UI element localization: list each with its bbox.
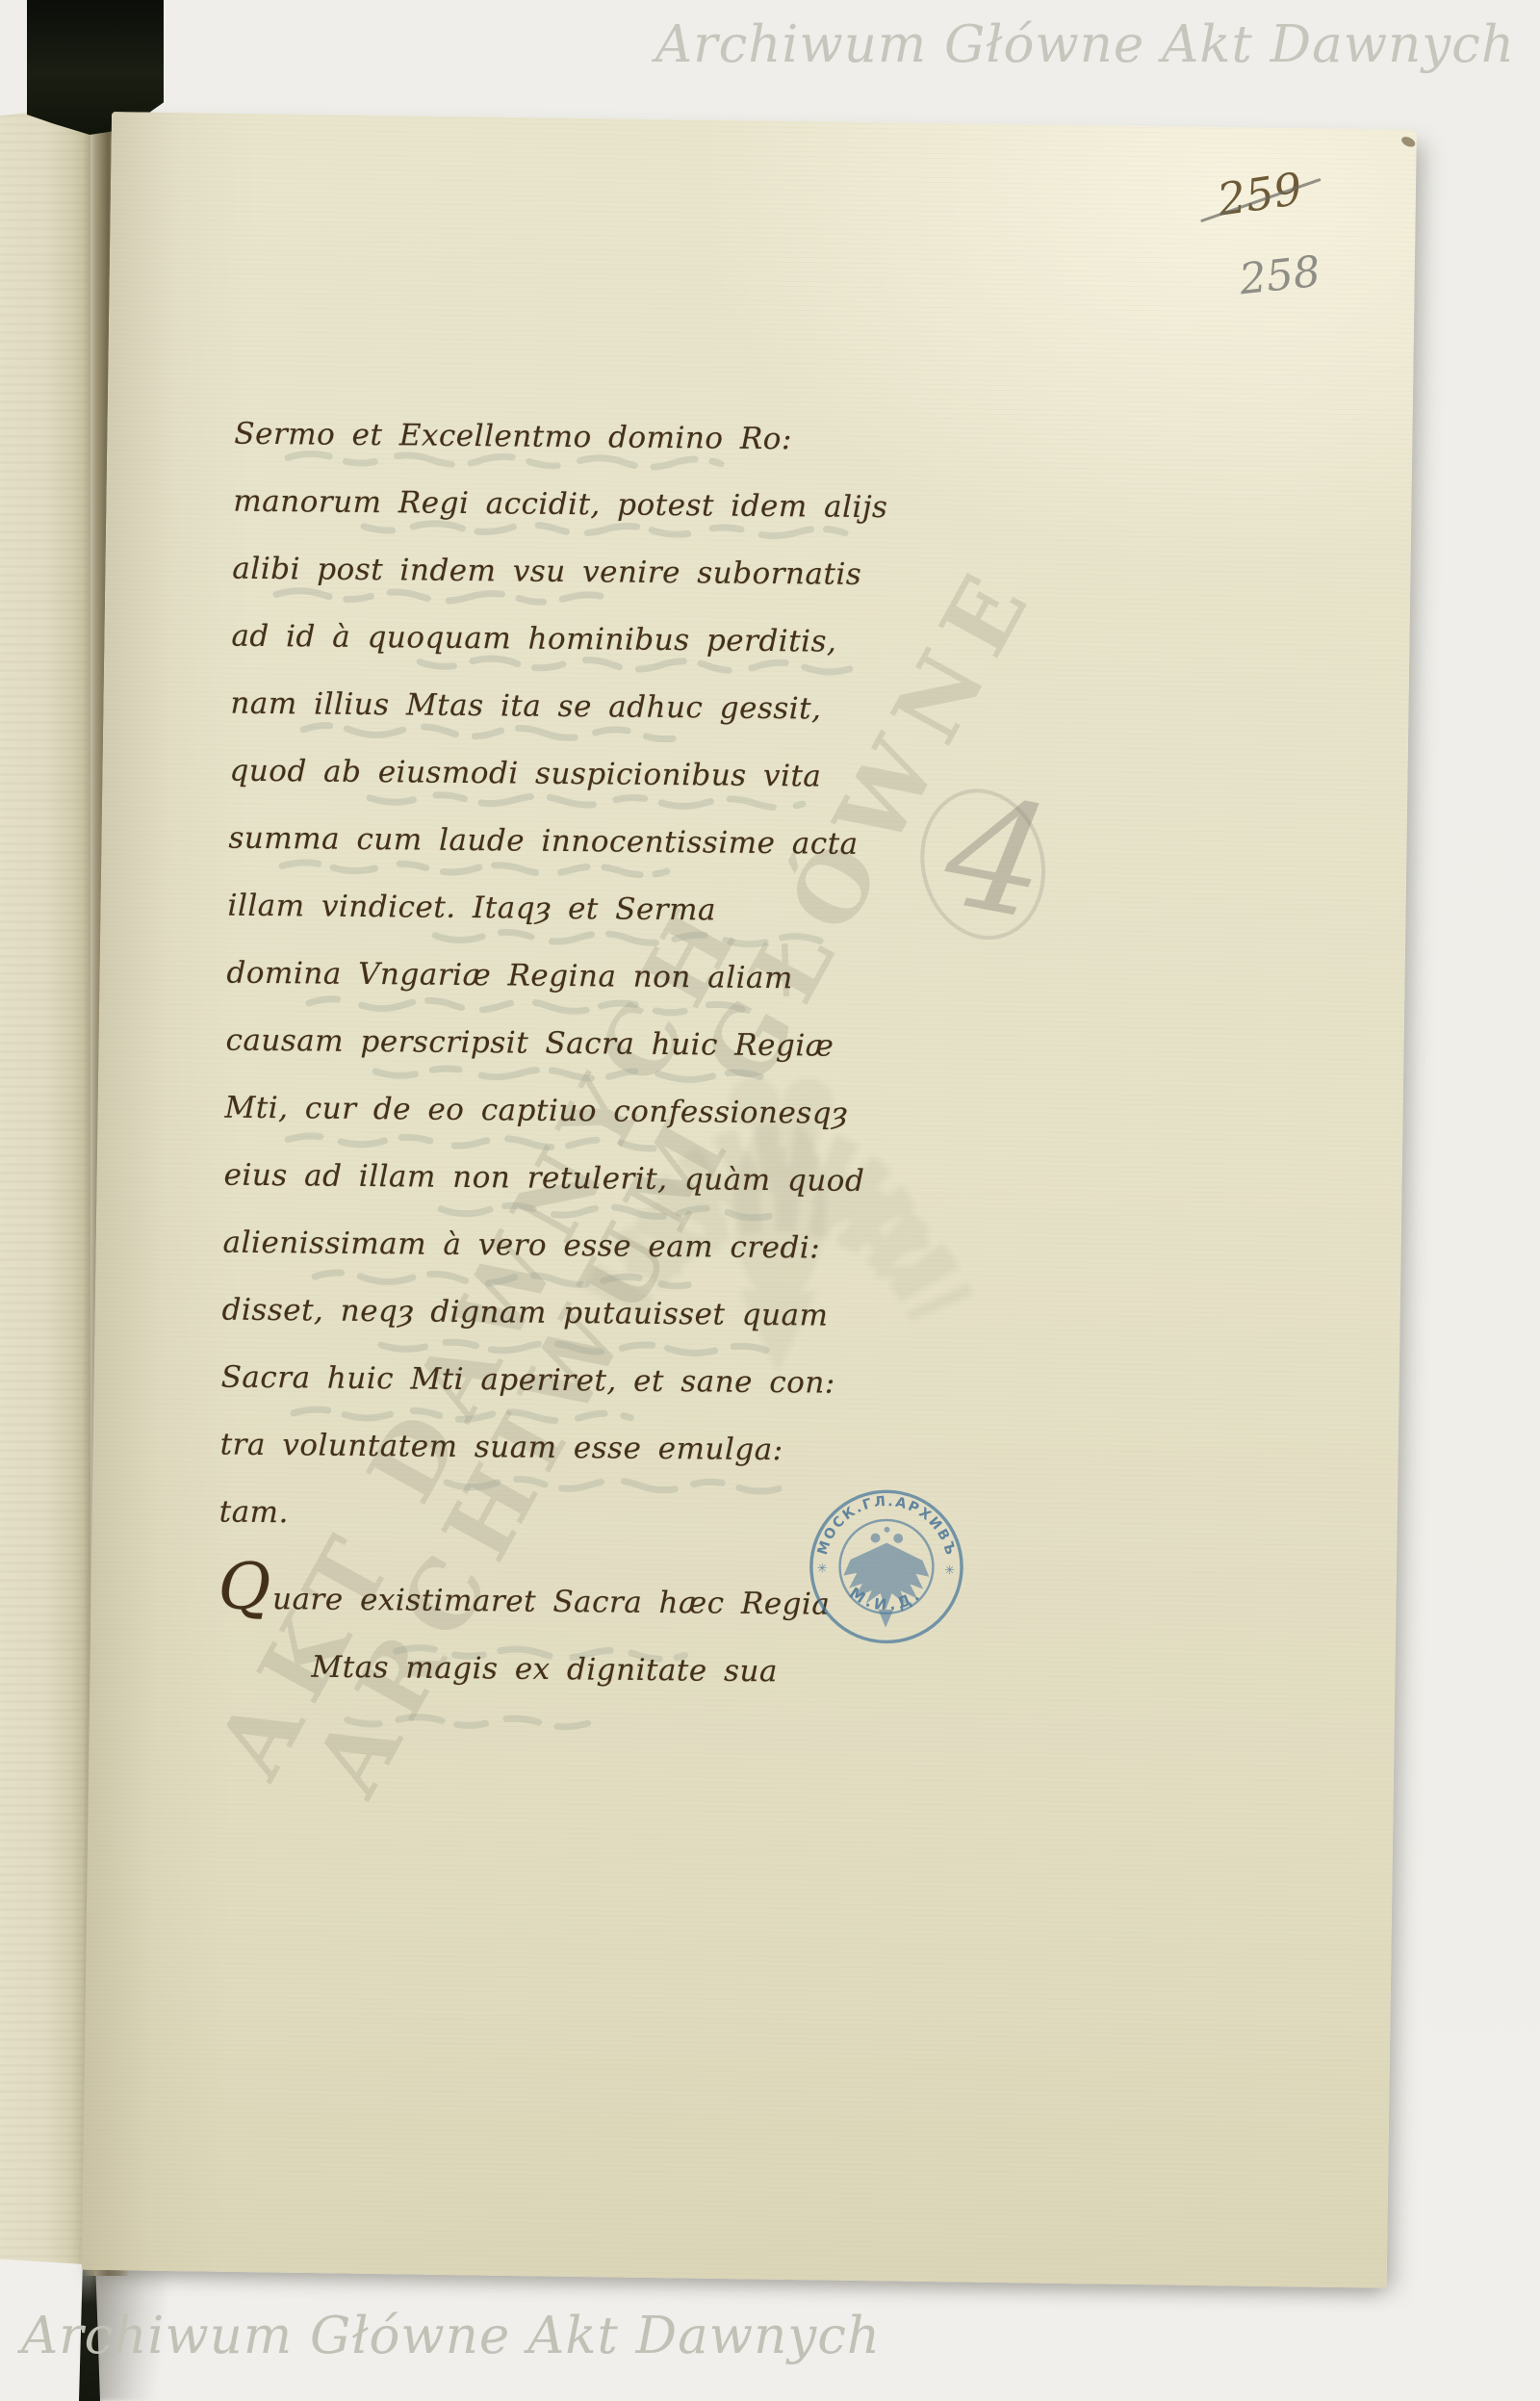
manuscript-line: causam perscripsit Sacra huic Regiæ	[225, 1007, 1044, 1082]
watermark-top: Archiwum Główne Akt Dawnych	[655, 15, 1515, 74]
manuscript-line: alienissimam à vero esse eam credi:	[222, 1209, 1041, 1284]
archive-stamp: МОСК.ГЛ.АРХИВЪ М.И.Д. ✳ ✳	[805, 1484, 968, 1648]
stamp-eagle-icon	[843, 1526, 930, 1628]
manuscript-line: Mti, cur de eo captiuo confessionesqȝ	[224, 1074, 1043, 1149]
manuscript-page: ARCHIWUM GŁÓWNE AKT DAWNYCH	[82, 112, 1417, 2288]
left-page-stack-edge	[0, 106, 90, 2270]
stamp-ornament-left: ✳	[817, 1562, 828, 1576]
manuscript-line: summa cum laude innocentissime acta	[228, 805, 1047, 880]
manuscript-line: nam illius Mtas ita se adhuc gessit,	[230, 670, 1049, 745]
manuscript-line: disset, neqȝ dignam putauisset quam	[221, 1277, 1040, 1352]
page-number-pencil: 258	[1237, 247, 1322, 305]
manuscript-line: quod ab eiusmodi suspicionibus vita	[229, 737, 1048, 813]
archival-scan: ARCHIWUM GŁÓWNE AKT DAWNYCH	[0, 0, 1540, 2401]
manuscript-line: alibi post indem vsu venire subornatis	[232, 535, 1051, 610]
manuscript-line: Sermo et Excellentmo domino Ro:	[234, 400, 1053, 476]
manuscript-line: ad id à quoquam hominibus perditis,	[231, 603, 1050, 678]
manuscript-line: tra voluntatem suam esse emulga:	[219, 1411, 1039, 1486]
manuscript-line: manorum Regi accidit, potest idem alijs	[233, 468, 1052, 543]
manuscript-line: illam vindicet. Itaqȝ et Serma	[227, 872, 1046, 947]
page-number-crossed-out: 259	[1215, 163, 1306, 226]
stamp-ornament-right: ✳	[944, 1563, 955, 1578]
manuscript-line: Sacra huic Mti aperiret, et sane con:	[220, 1344, 1039, 1419]
watermark-bottom: Archiwum Główne Akt Dawnych	[21, 2307, 881, 2365]
manuscript-line: domina Vngariæ Regina non aliam	[226, 940, 1045, 1015]
manuscript-line: eius ad illam non retulerit, quàm quod	[223, 1142, 1042, 1217]
page-number-old: 259	[1215, 163, 1306, 226]
paper-speck	[1399, 135, 1416, 149]
